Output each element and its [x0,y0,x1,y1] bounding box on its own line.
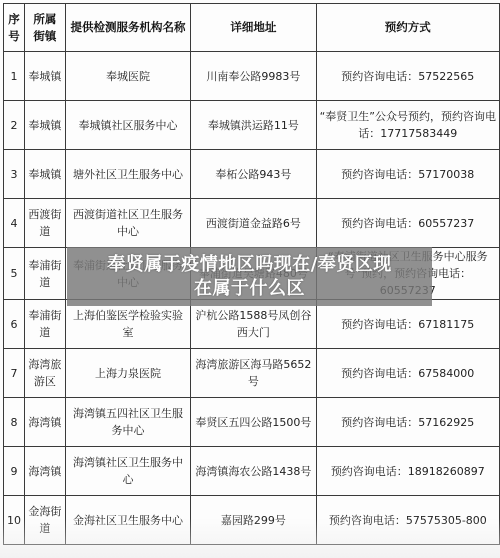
row-index: 8 [4,398,25,447]
row-organization: 上海力泉医院 [65,349,190,398]
row-appointment: 预约咨询电话：57170038 [316,150,499,199]
row-address: 嘉园路299号 [191,496,316,545]
document-page: 序号 所属街镇 提供检测服务机构名称 详细地址 预约方式 1 奉城镇 奉城医院 … [0,0,500,558]
row-address: 海湾镇海农公路1438号 [191,447,316,496]
row-address: 西渡街道金益路6号 [191,199,316,248]
row-appointment: “奉贤卫生”公众号预约，预约咨询电话：17717583449 [316,101,499,150]
row-index: 1 [4,52,25,101]
row-town: 奉城镇 [25,52,66,101]
row-address: 奉贤区五四公路1500号 [191,398,316,447]
row-appointment: 预约咨询电话：67181175 [316,300,499,349]
row-index: 9 [4,447,25,496]
table-row: 10 金海街道 金海社区卫生服务中心 嘉园路299号 预约咨询电话：575753… [4,496,500,545]
row-address: 奉城镇洪运路11号 [191,101,316,150]
header-town: 所属街镇 [25,4,66,52]
row-organization: 金海社区卫生服务中心 [65,496,190,545]
row-index: 6 [4,300,25,349]
row-organization: 西渡街道社区卫生服务中心 [65,199,190,248]
table-row: 7 海湾旅游区 上海力泉医院 海湾旅游区海马路5652号 预约咨询电话：6758… [4,349,500,398]
row-address: 沪杭公路1588号凤创谷西大门 [191,300,316,349]
row-organization: 海湾镇五四社区卫生服务中心 [65,398,190,447]
header-appointment: 预约方式 [316,4,499,52]
header-organization: 提供检测服务机构名称 [65,4,190,52]
row-organization: 海湾镇社区卫生服务中心 [65,447,190,496]
banner-title-line2: 在属于什么区 [194,277,305,301]
table-row: 6 奉浦街道 上海伯鉴医学检验实验室 沪杭公路1588号凤创谷西大门 预约咨询电… [4,300,500,349]
row-index: 5 [4,248,25,300]
row-organization: 上海伯鉴医学检验实验室 [65,300,190,349]
row-index: 2 [4,101,25,150]
row-town: 奉浦街道 [25,300,66,349]
row-town: 奉城镇 [25,101,66,150]
row-organization: 奉城医院 [65,52,190,101]
table-row: 1 奉城镇 奉城医院 川南奉公路9983号 预约咨询电话：57522565 [4,52,500,101]
row-address: 奉柘公路943号 [191,150,316,199]
table-row: 9 海湾镇 海湾镇社区卫生服务中心 海湾镇海农公路1438号 预约咨询电话：18… [4,447,500,496]
table-row: 3 奉城镇 塘外社区卫生服务中心 奉柘公路943号 预约咨询电话：5717003… [4,150,500,199]
row-organization: 塘外社区卫生服务中心 [65,150,190,199]
header-index: 序号 [4,4,25,52]
table-row: 4 西渡街道 西渡街道社区卫生服务中心 西渡街道金益路6号 预约咨询电话：605… [4,199,500,248]
row-appointment: 预约咨询电话：18918260897 [316,447,499,496]
row-index: 10 [4,496,25,545]
row-appointment: 预约咨询电话：57522565 [316,52,499,101]
row-appointment: 预约咨询电话：67584000 [316,349,499,398]
row-town: 奉浦街道 [25,248,66,300]
row-town: 金海街道 [25,496,66,545]
row-index: 4 [4,199,25,248]
row-town: 海湾镇 [25,447,66,496]
row-appointment: 预约咨询电话：57575305-800 [316,496,499,545]
header-address: 详细地址 [191,4,316,52]
row-town: 海湾镇 [25,398,66,447]
table-header-row: 序号 所属街镇 提供检测服务机构名称 详细地址 预约方式 [4,4,500,52]
row-appointment: 预约咨询电话：57162925 [316,398,499,447]
title-overlay-banner: 奉贤属于疫情地区吗现在/奉贤区现 在属于什么区 [67,247,432,306]
row-town: 西渡街道 [25,199,66,248]
row-town: 奉城镇 [25,150,66,199]
row-organization: 奉城镇社区服务中心 [65,101,190,150]
row-index: 3 [4,150,25,199]
table-row: 2 奉城镇 奉城镇社区服务中心 奉城镇洪运路11号 “奉贤卫生”公众号预约，预约… [4,101,500,150]
banner-title-line1: 奉贤属于疫情地区吗现在/奉贤区现 [107,253,392,277]
table-row: 8 海湾镇 海湾镇五四社区卫生服务中心 奉贤区五四公路1500号 预约咨询电话：… [4,398,500,447]
row-town: 海湾旅游区 [25,349,66,398]
row-address: 海湾旅游区海马路5652号 [191,349,316,398]
row-index: 7 [4,349,25,398]
row-appointment: 预约咨询电话：60557237 [316,199,499,248]
row-address: 川南奉公路9983号 [191,52,316,101]
